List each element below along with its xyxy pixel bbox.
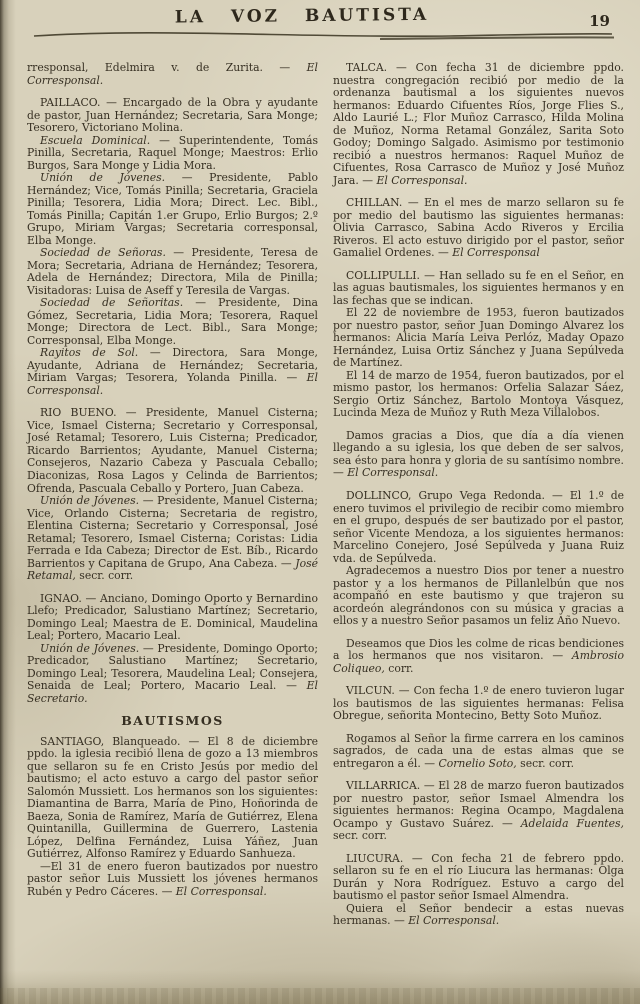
paillaco-escuela-dominical: Escuela Dominical. — Superintendente, To… <box>27 135 318 173</box>
body-text: IGNAO. — Anciano, Domingo Oporto y Berna… <box>27 592 318 643</box>
signature-text: El Corresponsal. <box>176 885 267 898</box>
scan-edge-artifact <box>0 988 640 1004</box>
signature-text: Unión de Jóvenes. <box>40 642 139 655</box>
signature-text: Unión de Jóvenes. <box>40 171 165 184</box>
santiago-report-2: —El 31 de enero fueron bautizados por nu… <box>27 861 318 899</box>
signature-text: El Corresponsal. <box>376 174 467 187</box>
body-text: secr. corr. <box>76 569 133 582</box>
paillaco-union-jovenes: Unión de Jóvenes. — Presidente, Pablo He… <box>27 172 318 247</box>
signature-text: Unión de Jóvenes. <box>40 494 139 507</box>
signature-text: Sociedad de Señoritas. <box>40 296 183 309</box>
dollinco-report-2: Agradecemos a nuestro Dios por tener a n… <box>333 565 624 628</box>
collipulli-report-4: Damos gracias a Dios, que día a día vien… <box>333 430 624 480</box>
signature-text: Sociedad de Señoras. <box>40 246 166 259</box>
dollinco-report-3: Deseamos que Dios les colme de ricas ben… <box>333 638 624 676</box>
body-text: TALCA. — Con fecha 31 de diciembre ppdo.… <box>333 61 624 187</box>
header-rule <box>0 24 640 42</box>
ignao-report: IGNAO. — Anciano, Domingo Oporto y Berna… <box>27 593 318 643</box>
dollinco-report: DOLLINCO, Grupo Vega Redonda. — El 1.º d… <box>333 490 624 565</box>
continuation-fragment: rresponsal, Edelmira v. de Zurita. — El … <box>27 62 318 87</box>
signature-text: El Corresponsal <box>452 246 540 259</box>
paillaco-sociedad-senoras: Sociedad de Señoras. — Presidente, Teres… <box>27 247 318 297</box>
body-text: rresponsal, Edelmira v. de Zurita. — <box>27 61 307 74</box>
body-text: SANTIAGO, Blanqueado. — El 8 de diciembr… <box>27 735 318 861</box>
rio-bueno-union-jovenes: Unión de Jóvenes. — Presidente, Manuel C… <box>27 495 318 583</box>
ignao-union-jovenes: Unión de Jóvenes. — Presidente, Domingo … <box>27 643 318 706</box>
body-text: secr. corr. <box>333 829 387 842</box>
villarrica-report: VILLARRICA. — El 28 de marzo fueron baut… <box>333 780 624 843</box>
rio-bueno-report: RIO BUENO. — Presidente, Manuel Cisterna… <box>27 407 318 495</box>
body-text: VILCUN. — Con fecha 1.º de enero tuviero… <box>333 684 624 722</box>
collipulli-report: COLLIPULLI. — Han sellado su fe en el Se… <box>333 270 624 308</box>
bautismos-heading: BAUTISMOS <box>27 714 318 729</box>
body-text: El 22 de noviembre de 1953, fueron bauti… <box>333 306 624 369</box>
body-text: corr. <box>385 662 414 675</box>
vilcun-report: VILCUN. — Con fecha 1.º de enero tuviero… <box>333 685 624 723</box>
page-header: LA VOZ BAUTISTA 19 <box>0 0 640 52</box>
liucura-report: LIUCURA. — Con fecha 21 de febrero ppdo.… <box>333 853 624 903</box>
paillaco-rayitos-de-sol: Rayitos de Sol. — Directora, Sara Monge,… <box>27 347 318 397</box>
body-text: Agradecemos a nuestro Dios por tener a n… <box>333 564 624 627</box>
liucura-report-2: Quiera el Señor bendecir a estas nuevas … <box>333 903 624 928</box>
talca-report: TALCA. — Con fecha 31 de diciembre ppdo.… <box>333 62 624 187</box>
body-text: LIUCURA. — Con fecha 21 de febrero ppdo.… <box>333 852 624 903</box>
chillan-report: CHILLAN. — En el mes de marzo sellaron s… <box>333 197 624 260</box>
signature-text: Escuela Dominical. <box>40 134 150 147</box>
body-text: RIO BUENO. — Presidente, Manuel Cisterna… <box>27 406 318 494</box>
paillaco-sociedad-senoritas: Sociedad de Señoritas. — Presidente, Din… <box>27 297 318 347</box>
body-text: —El 31 de enero fueron bautizados por nu… <box>27 860 318 898</box>
right-column: TALCA. — Con fecha 31 de diciembre ppdo.… <box>333 62 624 928</box>
body-text: DOLLINCO, Grupo Vega Redonda. — El 1.º d… <box>333 489 624 565</box>
body-text: PAILLACO. — Encargado de la Obra y ayuda… <box>27 96 318 134</box>
signature-text: Rayitos de Sol. <box>40 346 138 359</box>
body-text: El 14 de marzo de 1954, fueron bautizado… <box>333 369 624 420</box>
two-column-body: rresponsal, Edelmira v. de Zurita. — El … <box>0 52 640 928</box>
left-column: rresponsal, Edelmira v. de Zurita. — El … <box>27 62 318 928</box>
vilcun-report-2: Rogamos al Señor la firme carrera en los… <box>333 733 624 771</box>
collipulli-report-2: El 22 de noviembre de 1953, fueron bauti… <box>333 307 624 370</box>
paillaco-report: PAILLACO. — Encargado de la Obra y ayuda… <box>27 97 318 135</box>
body-text: COLLIPULLI. — Han sellado su fe en el Se… <box>333 269 624 307</box>
signature-text: Cornelio Soto, <box>438 757 516 770</box>
collipulli-report-3: El 14 de marzo de 1954, fueron bautizado… <box>333 370 624 420</box>
signature-text: El Corresponsal. <box>408 914 499 927</box>
scanned-newspaper-page: LA VOZ BAUTISTA 19 rresponsal, Edelmira … <box>0 0 640 1004</box>
signature-text: El Corresponsal. <box>347 466 438 479</box>
signature-text: Adelaida Fuentes, <box>521 817 624 830</box>
santiago-report: SANTIAGO, Blanqueado. — El 8 de diciembr… <box>27 736 318 861</box>
body-text: secr. corr. <box>517 757 574 770</box>
